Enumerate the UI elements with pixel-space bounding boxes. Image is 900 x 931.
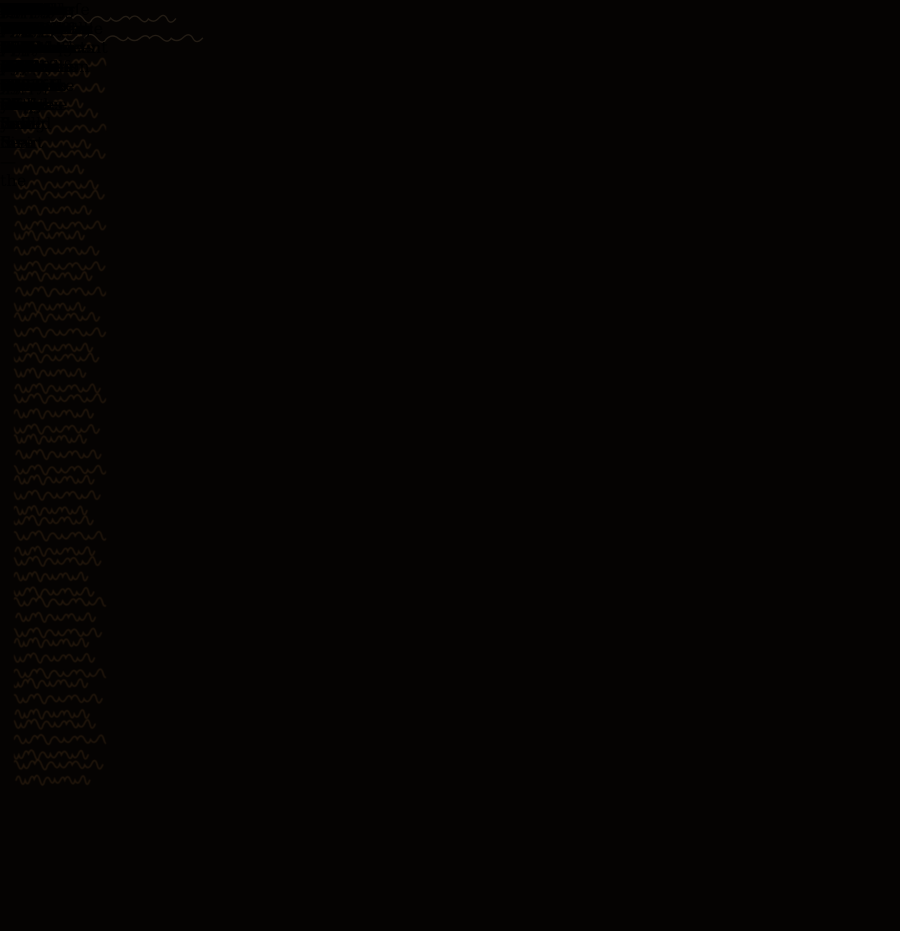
handwriting-line: not written at all things [0,0,59,76]
notebook-cover-page [21,55,885,882]
photograph: A diſſertation on the fre—A diſcourſe co… [0,0,900,931]
